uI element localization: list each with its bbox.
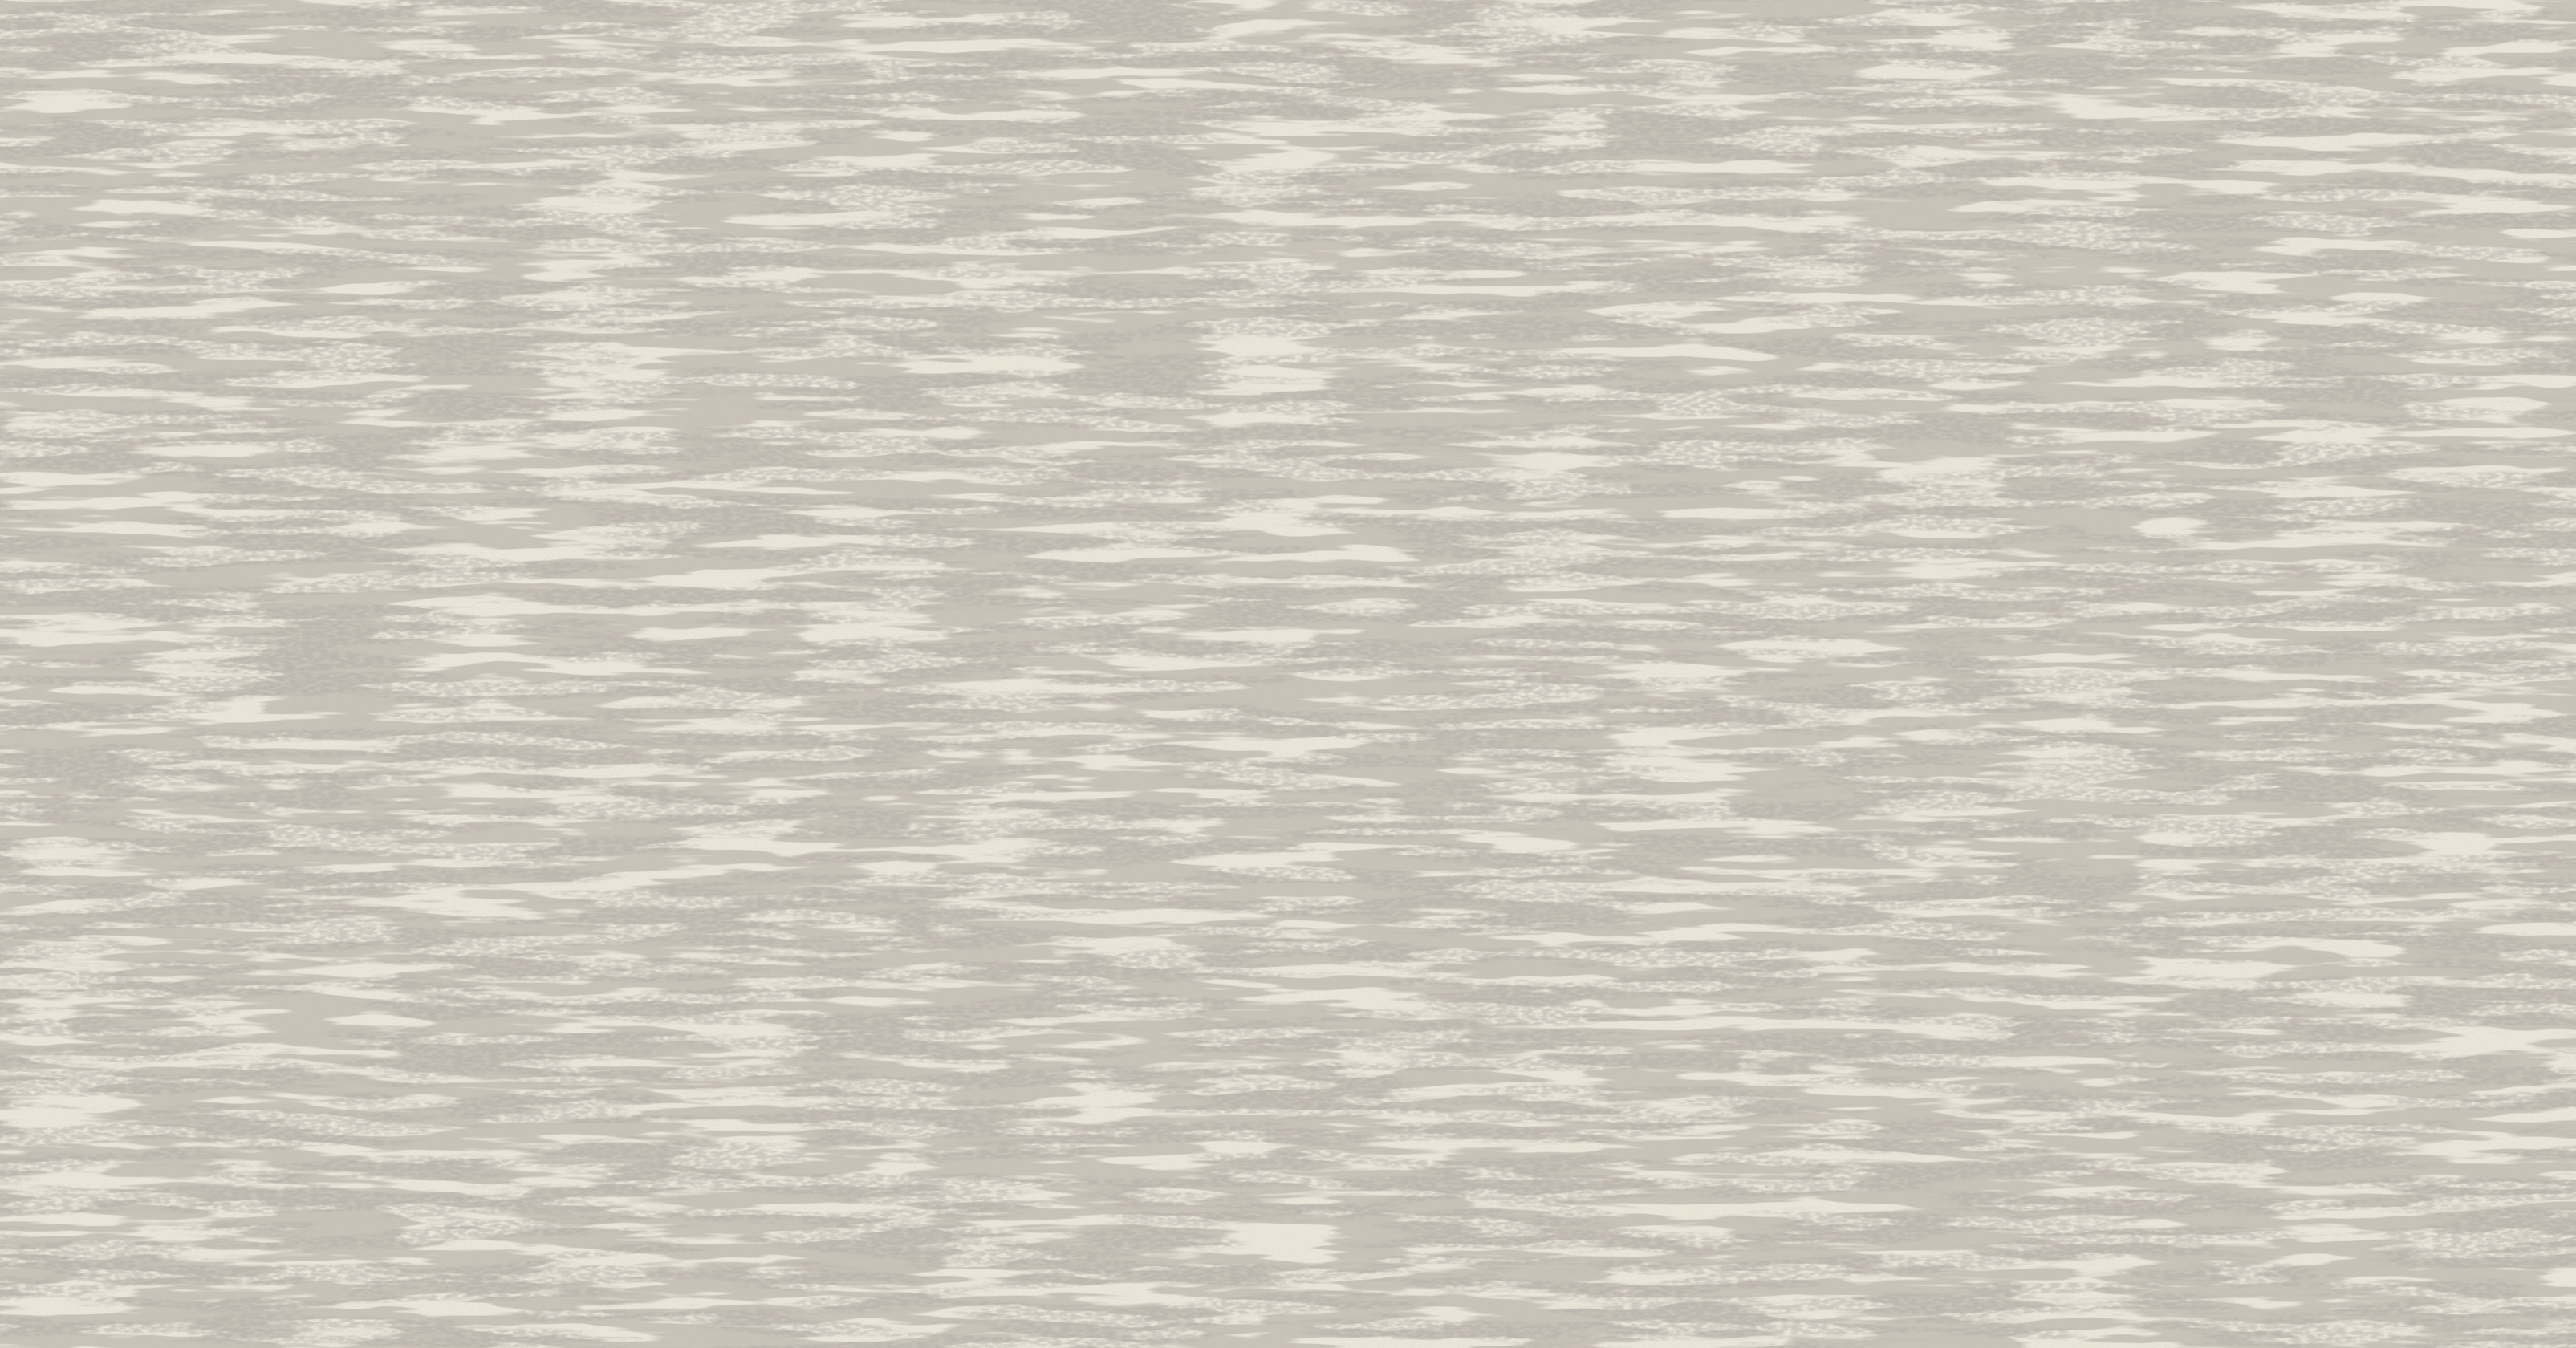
carpet-texture-svg bbox=[0, 0, 2576, 1348]
carpet-texture-image bbox=[0, 0, 2576, 1348]
dark-speckle-layer bbox=[0, 0, 2576, 1348]
